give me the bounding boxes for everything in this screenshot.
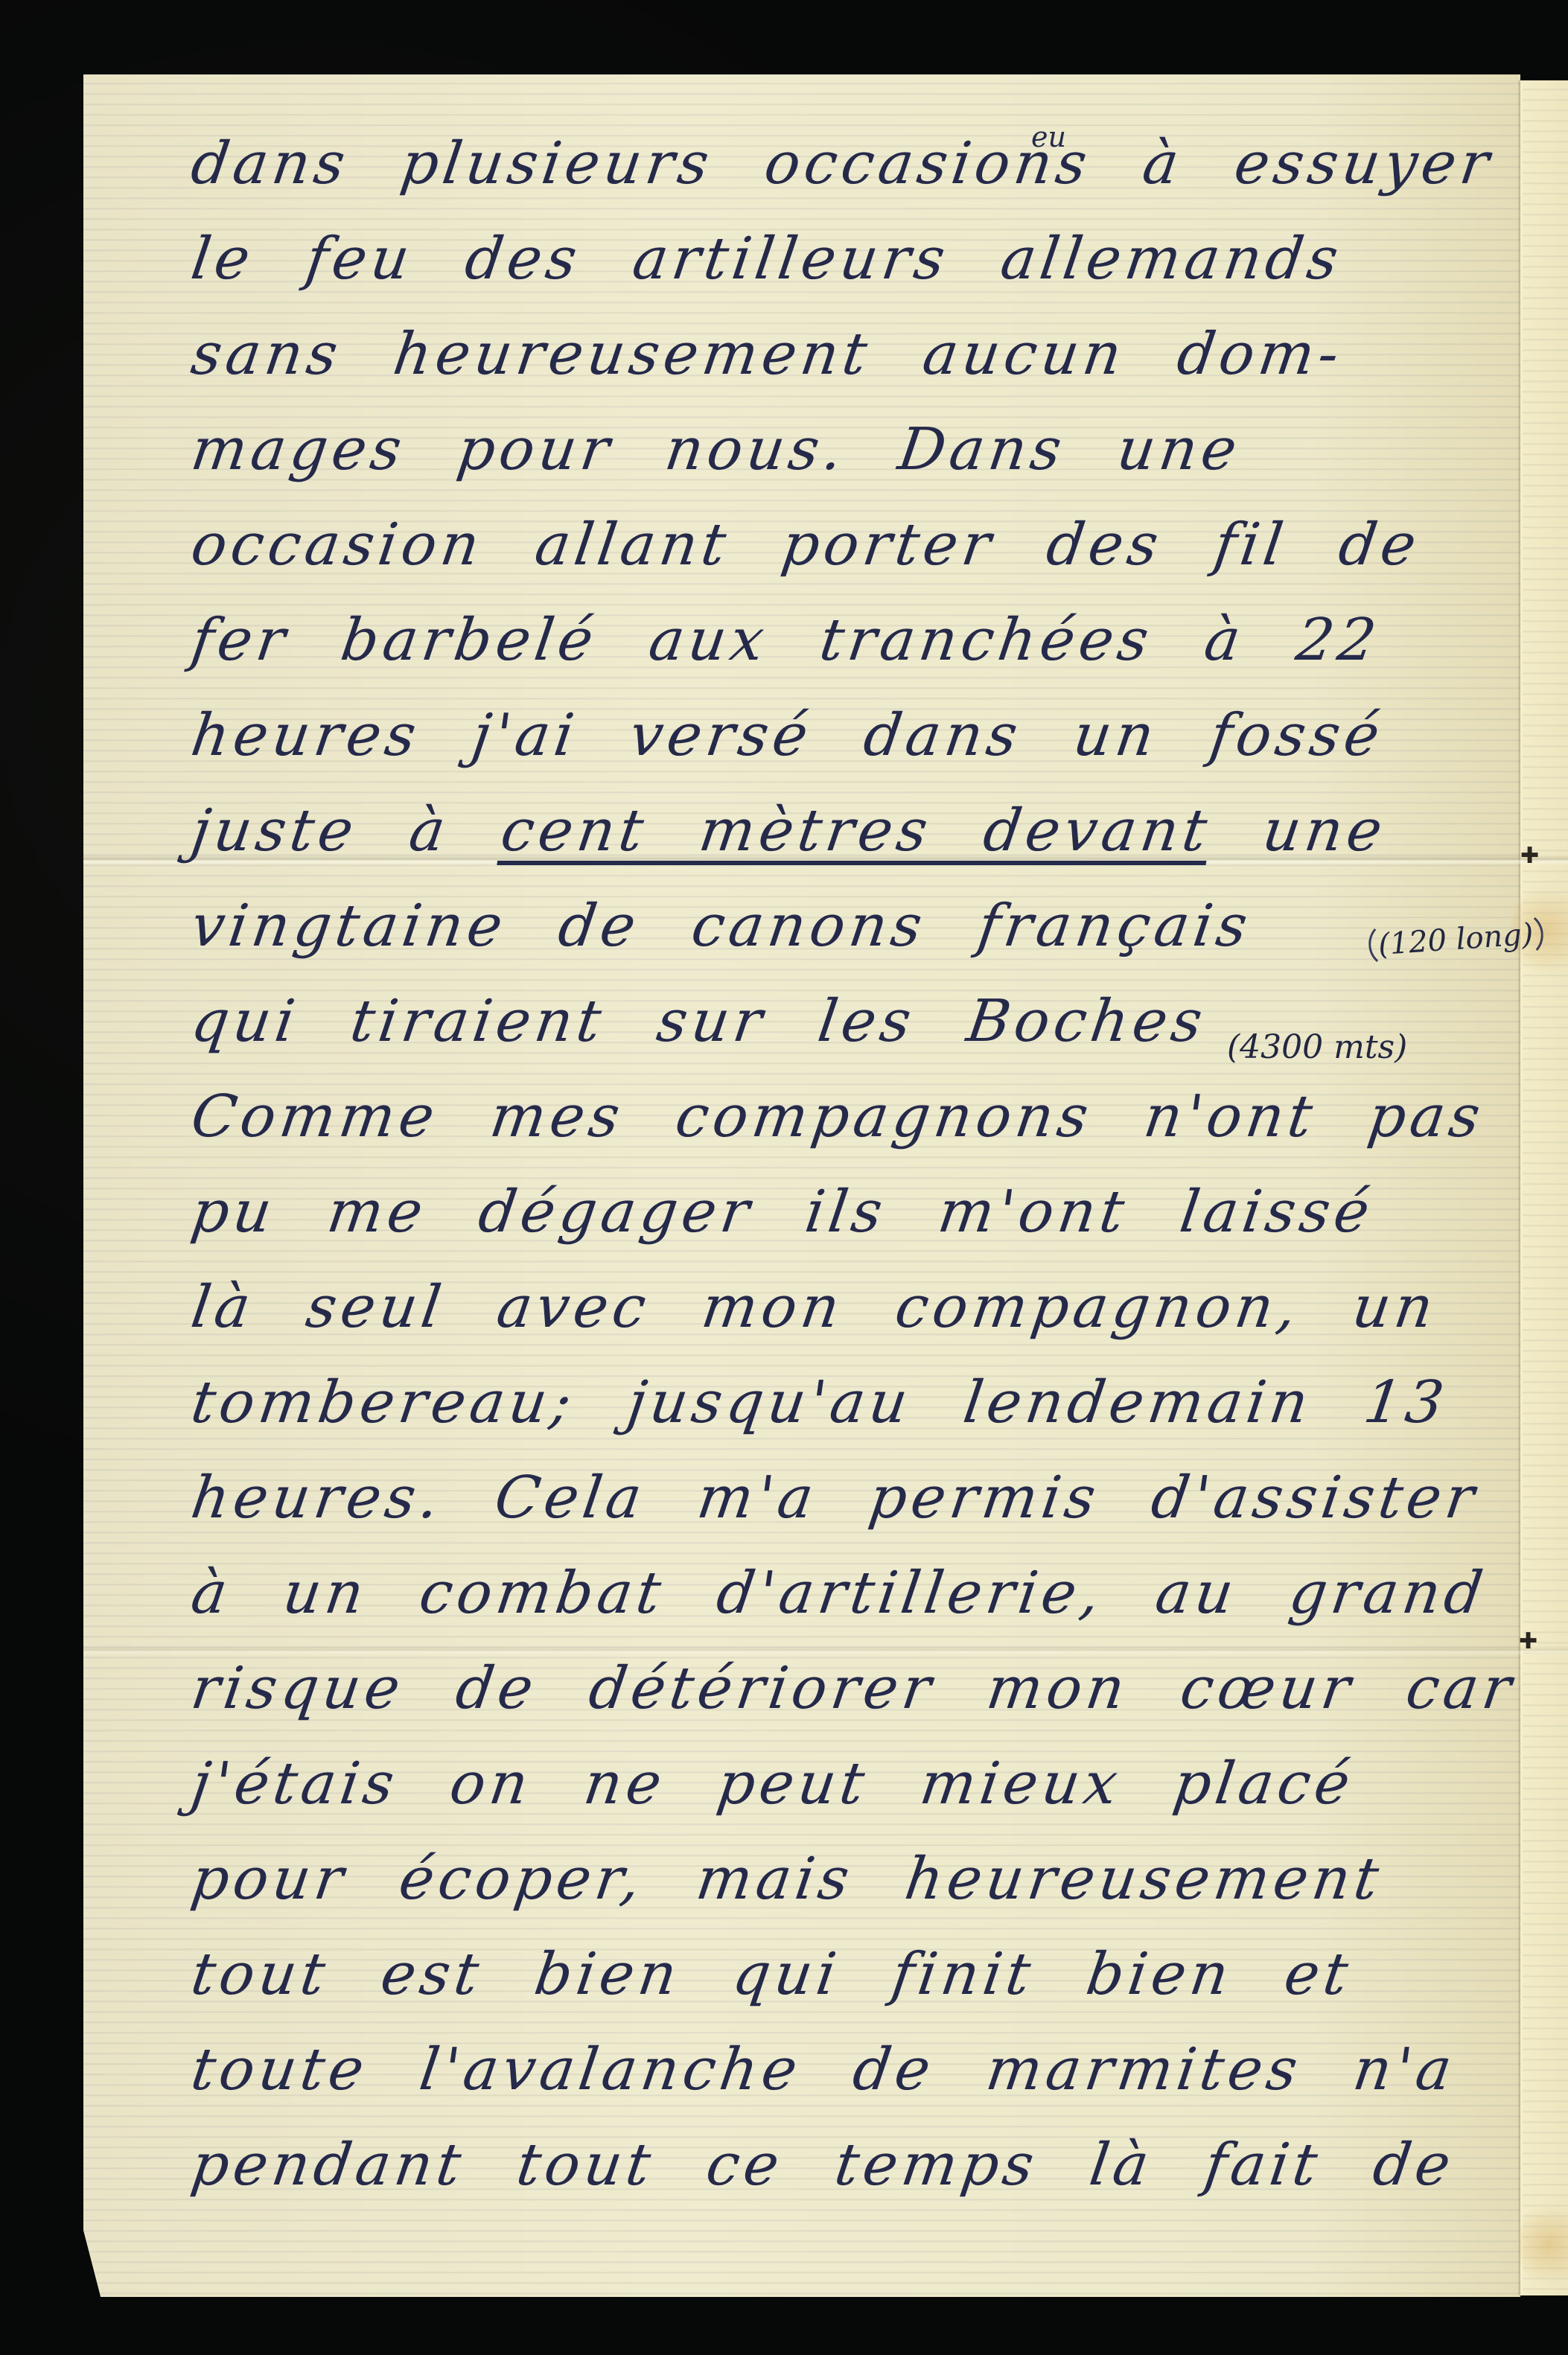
fold-mark-icon: ✚ [1520,845,1539,867]
text-line-3: sans heureusement aucun dom- [186,313,1348,395]
text-line-9: vingtaine de canons français [186,885,1257,967]
margin-note-distance: (4300 mts) [1217,1022,1417,1073]
text-line-8-end: une [1258,797,1390,864]
text-line-10: qui tiraient sur les Boches [186,981,1212,1062]
text-line-13: là seul avec mon compagnon, un [186,1266,1442,1348]
text-line-19: pour écoper, mais heureusement [186,1838,1388,1920]
text-line-8-start: juste à [187,797,453,864]
text-line-20: tout est bien qui finit bien et [186,1934,1357,2015]
text-line-2: le feu des artilleurs allemands [186,218,1348,300]
text-line-12: pu me dégager ils m'ont laissé [186,1171,1379,1253]
text-line-5: occasion allant porter des fil de [186,504,1426,586]
underlined-phrase: cent mètres devant [497,797,1215,864]
text-line-18: j'étais on ne peut mieux placé [186,1743,1360,1825]
text-line-7: heures j'ai versé dans un fossé [186,695,1389,777]
adjacent-page-edge [1520,80,1568,2295]
text-line-17: risque de détériorer mon cœur car [186,1648,1521,1730]
text-line-21: toute l'avalanche de marmites n'a [186,2029,1461,2111]
text-line-16: à un combat d'artillerie, au grand [186,1552,1492,1634]
text-line-4: mages pour nous. Dans une [186,409,1246,491]
text-line-1: dans plusieurs occasions à essuyer [186,123,1499,205]
text-line-6: fer barbelé aux tranchées à 22 [186,599,1386,681]
text-line-22: pendant tout ce temps là fait de [186,2124,1460,2206]
text-line-8: juste à cent mètres devant une [186,790,1392,872]
text-line-11: Comme mes compagnons n'ont pas [186,1076,1490,1158]
text-line-15: heures. Cela m'a permis d'assister [186,1457,1484,1539]
text-line-14: tombereau; jusqu'au lendemain 13 [186,1362,1453,1444]
fold-mark-icon: ✚ [1519,1631,1537,1653]
